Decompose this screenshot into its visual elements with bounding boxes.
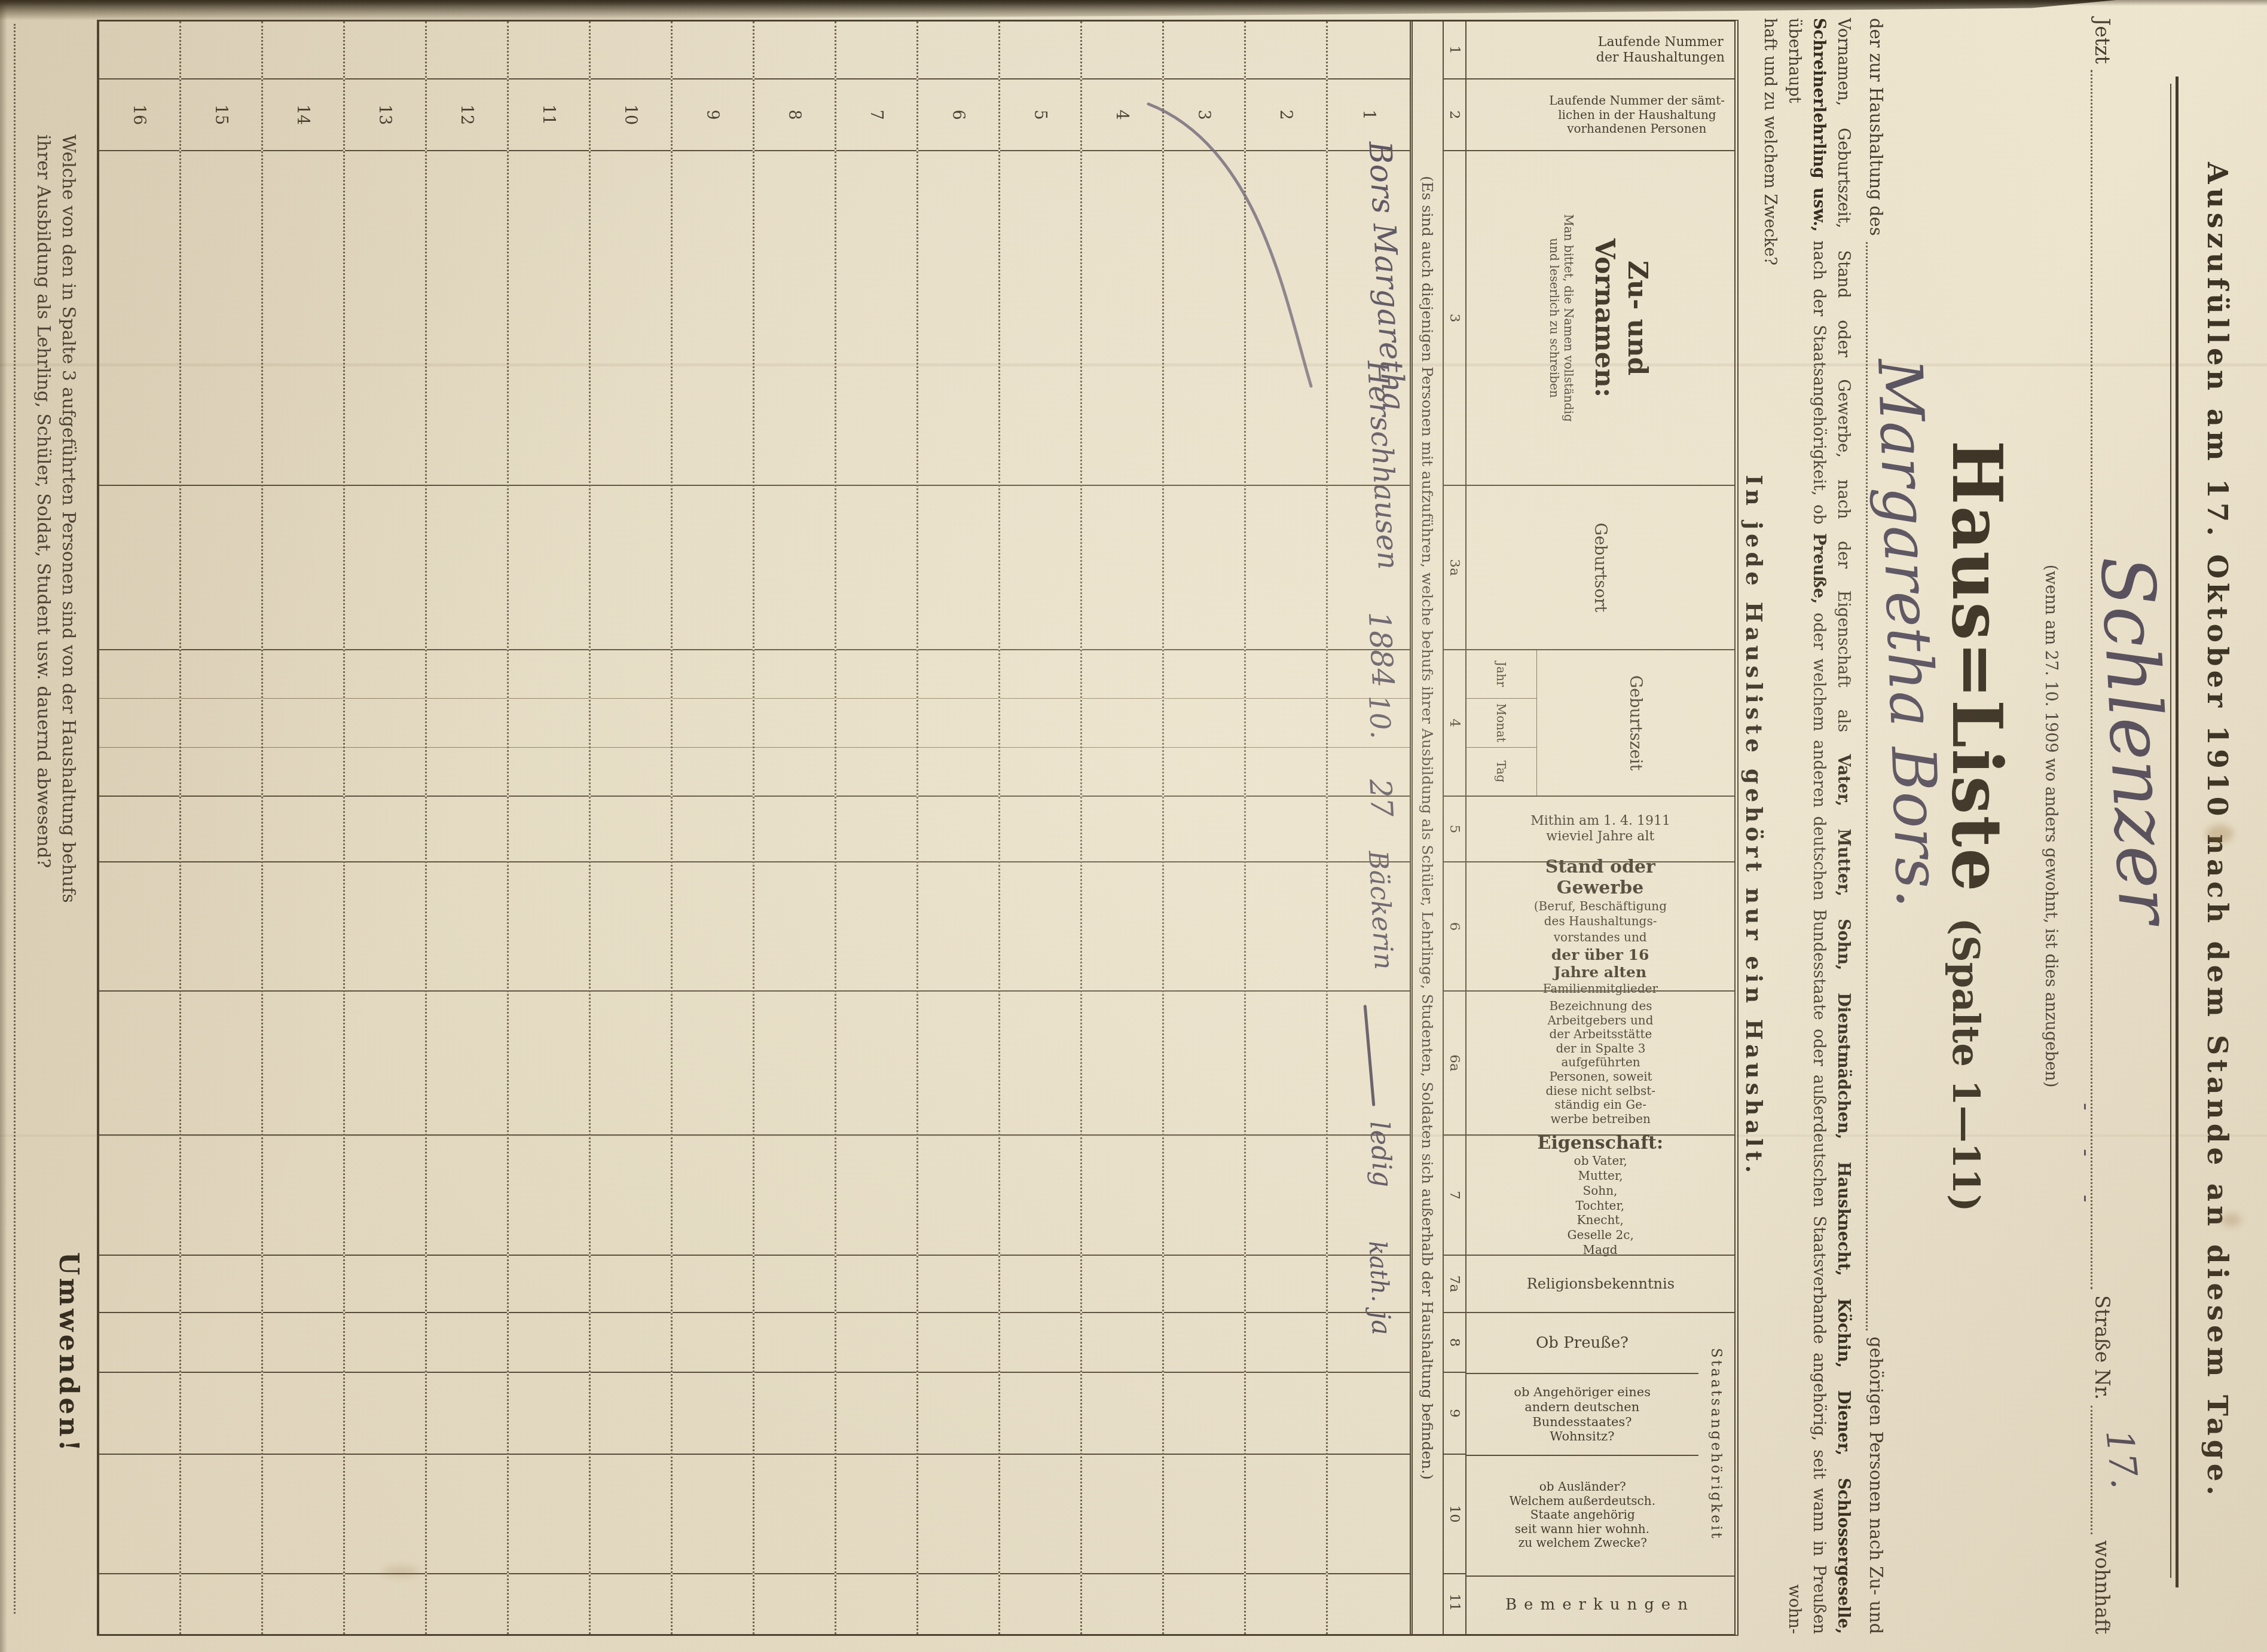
row-5-cell-1 <box>1000 22 1080 78</box>
row-13-cell-3a <box>345 485 425 649</box>
row-6-cell-4 <box>918 649 998 796</box>
column-header-9: ob Angehöriger eines andern deutschen Bu… <box>1466 1373 1698 1455</box>
row-11-cell-11 <box>509 1573 589 1630</box>
row-11-cell-9 <box>509 1372 589 1454</box>
form-title-suffix: (Spalte 1—11) <box>1944 918 1988 1212</box>
row-9-cell-10 <box>673 1454 753 1573</box>
row-9-cell-1 <box>673 22 753 78</box>
row-5-cell-11 <box>1000 1573 1080 1630</box>
row-15-cell-3 <box>181 150 261 485</box>
column-number-7a: 7a <box>1444 1255 1465 1312</box>
intro-tail-label: gehörigen Personen nach Zu- und <box>1866 1336 1886 1634</box>
row-6-cell-2: 6 <box>918 78 998 150</box>
row-9-cell-6a <box>673 990 753 1134</box>
relocation-note: (wenn am 27. 10. 1909 wo anders gewohnt,… <box>2042 0 2060 1652</box>
handwritten-entry-age: 27 <box>1362 778 1399 818</box>
row-3-cell-7a <box>1164 1255 1244 1312</box>
row-16-cell-3a <box>99 485 179 649</box>
row-5-cell-9 <box>1000 1372 1080 1454</box>
column-number-7: 7 <box>1444 1134 1465 1255</box>
row-12-cell-3a <box>427 485 507 649</box>
row-3-cell-11 <box>1164 1573 1244 1630</box>
row-2-cell-4 <box>1246 649 1326 796</box>
row-4-cell-10 <box>1082 1454 1162 1573</box>
handwritten-entry-prussian: ja <box>1365 1311 1397 1336</box>
row-16-cell-7a <box>99 1255 179 1312</box>
row-5-cell-10 <box>1000 1454 1080 1573</box>
table-row-6: 6 <box>918 22 1000 1634</box>
table-row-8: 8 <box>754 22 836 1634</box>
row-1-cell-2: 1 <box>1328 78 1410 150</box>
row-11-cell-4 <box>509 649 589 796</box>
row-5-cell-6a <box>1000 990 1080 1134</box>
row-7-cell-9 <box>836 1372 916 1454</box>
row-12-cell-11 <box>427 1573 507 1630</box>
row-12-cell-1 <box>427 22 507 78</box>
row-12-cell-3 <box>427 150 507 485</box>
column-number-11: 11 <box>1444 1573 1465 1630</box>
row-12-cell-7a <box>427 1255 507 1312</box>
row-12-cell-5 <box>427 796 507 861</box>
row-8-cell-6a <box>754 990 835 1134</box>
column-number-6a: 6a <box>1444 990 1465 1134</box>
column-header-4: GeburtszeitJahrMonatTag <box>1466 649 1734 796</box>
column-header-3: Zu- und Vornamen:Man bittet, die Namen v… <box>1466 150 1734 485</box>
row-9-cell-7 <box>673 1134 753 1255</box>
row-8-cell-4 <box>754 649 835 796</box>
row-13-cell-6 <box>345 861 425 990</box>
table-row-7: 7 <box>836 22 918 1634</box>
row-14-cell-6 <box>263 861 343 990</box>
row-14-cell-10 <box>263 1454 343 1573</box>
row-16-cell-11 <box>99 1573 179 1630</box>
row-10-cell-7a <box>591 1255 671 1312</box>
row-11-cell-6a <box>509 990 589 1134</box>
row-14-cell-3 <box>263 150 343 485</box>
jetzt-label: Jetzt <box>2091 18 2114 64</box>
row-4-cell-6a <box>1082 990 1162 1134</box>
row-8-cell-9 <box>754 1372 835 1454</box>
row-4-cell-5 <box>1082 796 1162 861</box>
row-13-cell-11 <box>345 1573 425 1630</box>
row-5-cell-5 <box>1000 796 1080 861</box>
row-15-cell-8 <box>181 1312 261 1372</box>
row-1-cell-1 <box>1328 22 1410 78</box>
table-header-row: Laufende Nummer der HaushaltungenLaufend… <box>1466 22 1734 1634</box>
row-4-cell-3a <box>1082 485 1162 649</box>
row-12-cell-4 <box>427 649 507 796</box>
row-14-cell-7a <box>263 1255 343 1312</box>
row-10-cell-6a <box>591 990 671 1134</box>
row-7-cell-4 <box>836 649 916 796</box>
row-13-cell-2: 13 <box>345 78 425 150</box>
row-12-cell-6 <box>427 861 507 990</box>
row-14-cell-9 <box>263 1372 343 1454</box>
row-9-cell-2: 9 <box>673 78 753 150</box>
column-header-6: Stand oder Gewerbe (Beruf, Beschäftigung… <box>1466 861 1734 990</box>
footer-question-line1: Welche von den in Spalte 3 aufgeführten … <box>58 134 79 903</box>
row-3-cell-3a <box>1164 485 1244 649</box>
row-12-cell-2: 12 <box>427 78 507 150</box>
row-11-cell-8 <box>509 1312 589 1372</box>
row-10-cell-7 <box>591 1134 671 1255</box>
row-13-cell-10 <box>345 1454 425 1573</box>
column-header-1: Laufende Nummer der Haushaltungen <box>1466 22 1734 78</box>
row-16-cell-10 <box>99 1454 179 1573</box>
row-10-cell-10 <box>591 1454 671 1573</box>
census-sheet: Auszufüllen am 17. Oktober 1910 nach dem… <box>0 0 2267 1652</box>
table-row-10: 10 <box>591 22 673 1634</box>
row-11-cell-10 <box>509 1454 589 1573</box>
row-7-cell-7a <box>836 1255 916 1312</box>
row-3-cell-10 <box>1164 1454 1244 1573</box>
row-2-cell-7a <box>1246 1255 1326 1312</box>
row-16-cell-1 <box>99 22 179 78</box>
row-6-cell-6 <box>918 861 998 990</box>
row-7-cell-7 <box>836 1134 916 1255</box>
row-14-cell-7 <box>263 1134 343 1255</box>
column-number-9: 9 <box>1444 1372 1465 1454</box>
column-number-8: 8 <box>1444 1312 1465 1372</box>
row-9-cell-6 <box>673 861 753 990</box>
row-15-cell-10 <box>181 1454 261 1573</box>
row-14-cell-4 <box>263 649 343 796</box>
handwritten-dashes: - - - <box>2073 1103 2100 1218</box>
row-13-cell-8 <box>345 1312 425 1372</box>
row-16-cell-3 <box>99 150 179 485</box>
column-number-3: 3 <box>1444 150 1465 485</box>
column-number-5: 5 <box>1444 796 1465 861</box>
footer-question-line2: ihrer Ausbildung als Lehrling, Schüler, … <box>33 134 54 868</box>
street-number-label: Straße Nr. <box>2091 1295 2114 1400</box>
subcolumn-header-monat: Monat <box>1466 698 1537 747</box>
intro-paragraph-line: Schreinerlehrling usw., nach der Staatsa… <box>1782 18 1831 1634</box>
row-7-cell-5 <box>836 796 916 861</box>
row-7-cell-8 <box>836 1312 916 1372</box>
row-7-cell-1 <box>836 22 916 78</box>
table-row-14: 14 <box>263 22 345 1634</box>
row-16-cell-7 <box>99 1134 179 1255</box>
handwritten-entry-birth-day: 10. <box>1362 695 1397 740</box>
fill-in-date-heading: Auszufüllen am 17. Oktober 1910 nach dem… <box>2201 78 2234 1584</box>
row-7-cell-10 <box>836 1454 916 1573</box>
row-12-cell-8 <box>427 1312 507 1372</box>
row-9-cell-11 <box>673 1573 753 1630</box>
intro-paragraph-line: Vornamen, Geburtszeit, Stand oder Gewerb… <box>1831 18 1856 1634</box>
row-13-cell-3 <box>345 150 425 485</box>
row-5-cell-6 <box>1000 861 1080 990</box>
row-5-cell-7 <box>1000 1134 1080 1255</box>
row-15-cell-3a <box>181 485 261 649</box>
row-5-cell-7a <box>1000 1255 1080 1312</box>
row-9-cell-5 <box>673 796 753 861</box>
row-6-cell-1 <box>918 22 998 78</box>
row-15-cell-2: 15 <box>181 78 261 150</box>
table-row-12: 12 <box>427 22 509 1634</box>
row-8-cell-3a <box>754 485 835 649</box>
column-number-10: 10 <box>1444 1454 1465 1573</box>
row-13-cell-4 <box>345 649 425 796</box>
row-15-cell-11 <box>181 1573 261 1630</box>
row-16-cell-9 <box>99 1372 179 1454</box>
column-header-7: Eigenschaft: ob Vater, Mutter, Sohn, Toc… <box>1466 1134 1734 1255</box>
row-5-cell-3a <box>1000 485 1080 649</box>
column-group-staatsangehoerigkeit: StaatsangehörigkeitOb Preuße?ob Angehöri… <box>1466 1312 1734 1575</box>
column-header-2: Laufende Nummer der sämt- lichen in der … <box>1466 78 1734 150</box>
column-number-2: 2 <box>1444 78 1465 150</box>
group-header-staatsangehoerigkeit: Staatsangehörigkeit <box>1698 1313 1734 1575</box>
table-row-15: 15 <box>181 22 263 1634</box>
column-header-10: ob Ausländer? Welchem außerdeutsch. Staa… <box>1466 1455 1698 1574</box>
row-3-cell-9 <box>1164 1372 1244 1454</box>
row-3-cell-4 <box>1164 649 1244 796</box>
row-3-cell-6a <box>1164 990 1244 1134</box>
column-number-4: 4 <box>1444 649 1465 796</box>
row-13-cell-9 <box>345 1372 425 1454</box>
row-10-cell-6 <box>591 861 671 990</box>
row-13-cell-7 <box>345 1134 425 1255</box>
row-2-cell-9 <box>1246 1372 1326 1454</box>
row-5-cell-2: 5 <box>1000 78 1080 150</box>
row-5-cell-3 <box>1000 150 1080 485</box>
row-10-cell-1 <box>591 22 671 78</box>
column-header-8: Ob Preuße? <box>1466 1313 1698 1373</box>
row-4-cell-9 <box>1082 1372 1162 1454</box>
row-8-cell-2: 8 <box>754 78 835 150</box>
row-1-cell-11 <box>1328 1573 1410 1630</box>
row-8-cell-3 <box>754 150 835 485</box>
row-6-cell-7a <box>918 1255 998 1312</box>
row-3-cell-7 <box>1164 1134 1244 1255</box>
row-11-cell-2: 11 <box>509 78 589 150</box>
umwenden-label: Umwenden! <box>53 1252 84 1454</box>
handwritten-street-number: 17. <box>2097 1427 2147 1491</box>
row-16-cell-4 <box>99 649 179 796</box>
row-15-cell-5 <box>181 796 261 861</box>
row-3-cell-5 <box>1164 796 1244 861</box>
row-4-cell-7 <box>1082 1134 1162 1255</box>
row-14-cell-11 <box>263 1573 343 1630</box>
row-10-cell-9 <box>591 1372 671 1454</box>
row-6-cell-3a <box>918 485 998 649</box>
row-15-cell-7a <box>181 1255 261 1312</box>
row-13-cell-5 <box>345 796 425 861</box>
row-8-cell-5 <box>754 796 835 861</box>
row-13-cell-6a <box>345 990 425 1134</box>
row-16-cell-2: 16 <box>99 78 179 150</box>
row-2-cell-7 <box>1246 1134 1326 1255</box>
row-7-cell-6 <box>836 861 916 990</box>
column-header-3a: Geburtsort <box>1466 485 1734 649</box>
intro-lead-label: der zur Haushaltung des <box>1866 18 1886 236</box>
row-14-cell-1 <box>263 22 343 78</box>
row-15-cell-6 <box>181 861 261 990</box>
row-12-cell-7 <box>427 1134 507 1255</box>
row-16-cell-5 <box>99 796 179 861</box>
row-15-cell-9 <box>181 1372 261 1454</box>
scanned-census-page: Auszufüllen am 17. Oktober 1910 nach dem… <box>0 0 2267 1652</box>
row-8-cell-11 <box>754 1573 835 1630</box>
row-13-cell-1 <box>345 22 425 78</box>
row-9-cell-9 <box>673 1372 753 1454</box>
row-6-cell-7 <box>918 1134 998 1255</box>
row-1-cell-9 <box>1328 1372 1410 1454</box>
row-7-cell-3a <box>836 485 916 649</box>
column-header-11: Bemerkungen <box>1466 1575 1734 1633</box>
row-7-cell-3 <box>836 150 916 485</box>
row-7-cell-11 <box>836 1573 916 1630</box>
row-4-cell-8 <box>1082 1312 1162 1372</box>
row-15-cell-1 <box>181 22 261 78</box>
row-10-cell-3a <box>591 485 671 649</box>
row-14-cell-5 <box>263 796 343 861</box>
row-14-cell-2: 14 <box>263 78 343 150</box>
row-10-cell-4 <box>591 649 671 796</box>
row-9-cell-3 <box>673 150 753 485</box>
row-4-cell-6 <box>1082 861 1162 990</box>
row-11-cell-1 <box>509 22 589 78</box>
row-9-cell-8 <box>673 1312 753 1372</box>
subcolumn-header-jahr: Jahr <box>1466 650 1537 698</box>
row-9-cell-3a <box>673 485 753 649</box>
row-12-cell-6a <box>427 990 507 1134</box>
household-rule-line: In jede Hausliste gehört nur ein Haushal… <box>1741 0 1767 1652</box>
row-8-cell-6 <box>754 861 835 990</box>
row-2-cell-8 <box>1246 1312 1326 1372</box>
row-4-cell-7a <box>1082 1255 1162 1312</box>
row-6-cell-9 <box>918 1372 998 1454</box>
row-10-cell-8 <box>591 1312 671 1372</box>
row-14-cell-3a <box>263 485 343 649</box>
column-number-1: 1 <box>1444 22 1465 78</box>
row-5-cell-8 <box>1000 1312 1080 1372</box>
census-table: Laufende Nummer der HaushaltungenLaufend… <box>97 20 1739 1636</box>
row-6-cell-5 <box>918 796 998 861</box>
row-3-cell-6 <box>1164 861 1244 990</box>
handwritten-entry-birth-year: 1884 <box>1362 611 1401 689</box>
row-6-cell-8 <box>918 1312 998 1372</box>
row-11-cell-6 <box>509 861 589 990</box>
table-note-row: (Es sind auch diejenigen Personen mit au… <box>1410 22 1444 1634</box>
column-number-row: 1233a4566a77a891011 <box>1444 22 1466 1634</box>
row-11-cell-3 <box>509 150 589 485</box>
row-10-cell-3 <box>591 150 671 485</box>
street-number-dotted-line: 17. <box>2091 1406 2116 1534</box>
row-9-cell-7a <box>673 1255 753 1312</box>
row-7-cell-6a <box>836 990 916 1134</box>
table-row-13: 13 <box>345 22 427 1634</box>
row-6-cell-10 <box>918 1454 998 1573</box>
row-8-cell-7 <box>754 1134 835 1255</box>
row-4-cell-4 <box>1082 649 1162 796</box>
row-8-cell-1 <box>754 22 835 78</box>
column-number-3a: 3a <box>1444 485 1465 649</box>
row-8-cell-7a <box>754 1255 835 1312</box>
row-6-cell-11 <box>918 1573 998 1630</box>
row-13-cell-7a <box>345 1255 425 1312</box>
row-6-cell-3 <box>918 150 998 485</box>
row-2-cell-10 <box>1246 1454 1326 1573</box>
row-16-cell-6a <box>99 990 179 1134</box>
row-11-cell-3a <box>509 485 589 649</box>
row-2-cell-3a <box>1246 485 1326 649</box>
intro-paragraph: Vornamen, Geburtszeit, Stand oder Gewerb… <box>1758 18 1856 1634</box>
row-2-cell-6 <box>1246 861 1326 990</box>
row-5-cell-4 <box>1000 649 1080 796</box>
subcolumn-header-tag: Tag <box>1466 747 1537 796</box>
row-7-cell-2: 7 <box>836 78 916 150</box>
row-15-cell-7 <box>181 1134 261 1255</box>
table-row-16: 16 <box>99 22 181 1634</box>
row-strike-mark <box>1136 45 1322 416</box>
handwritten-entry-occupation: Bäckerin <box>1362 850 1399 971</box>
row-12-cell-10 <box>427 1454 507 1573</box>
column-header-7a: Religionsbekenntnis <box>1466 1255 1734 1312</box>
column-header-6a: Bezeichnung des Arbeitgebers und der Arb… <box>1466 990 1734 1134</box>
row-1-cell-10 <box>1328 1454 1410 1573</box>
row-8-cell-8 <box>754 1312 835 1372</box>
row-8-cell-10 <box>754 1454 835 1573</box>
row-10-cell-2: 10 <box>591 78 671 150</box>
row-15-cell-4 <box>181 649 261 796</box>
row-12-cell-9 <box>427 1372 507 1454</box>
row-11-cell-7a <box>509 1255 589 1312</box>
row-14-cell-8 <box>263 1312 343 1372</box>
row-9-cell-4 <box>673 649 753 796</box>
row-2-cell-5 <box>1246 796 1326 861</box>
table-row-11: 11 <box>509 22 591 1634</box>
row-10-cell-5 <box>591 796 671 861</box>
table-row-5: 5 <box>1000 22 1082 1634</box>
row-15-cell-6a <box>181 990 261 1134</box>
column-number-6: 6 <box>1444 861 1465 990</box>
row-16-cell-6 <box>99 861 179 990</box>
handwritten-entry-religion: kath. <box>1363 1240 1394 1303</box>
handwritten-entry-status: ledig <box>1364 1121 1398 1188</box>
footer-answer-dotted-line <box>14 24 16 1614</box>
row-16-cell-8 <box>99 1312 179 1372</box>
row-3-cell-8 <box>1164 1312 1244 1372</box>
row-2-cell-6a <box>1246 990 1326 1134</box>
row-11-cell-7 <box>509 1134 589 1255</box>
table-row-9: 9 <box>673 22 754 1634</box>
row-2-cell-11 <box>1246 1573 1326 1630</box>
column-header-5: Mithin am 1. 4. 1911 wieviel Jahre alt <box>1466 796 1734 861</box>
row-14-cell-6a <box>263 990 343 1134</box>
row-6-cell-6a <box>918 990 998 1134</box>
row-11-cell-5 <box>509 796 589 861</box>
wohnhaft-label: wohnhaft <box>2091 1540 2114 1634</box>
row-10-cell-11 <box>591 1573 671 1630</box>
row-4-cell-11 <box>1082 1573 1162 1630</box>
